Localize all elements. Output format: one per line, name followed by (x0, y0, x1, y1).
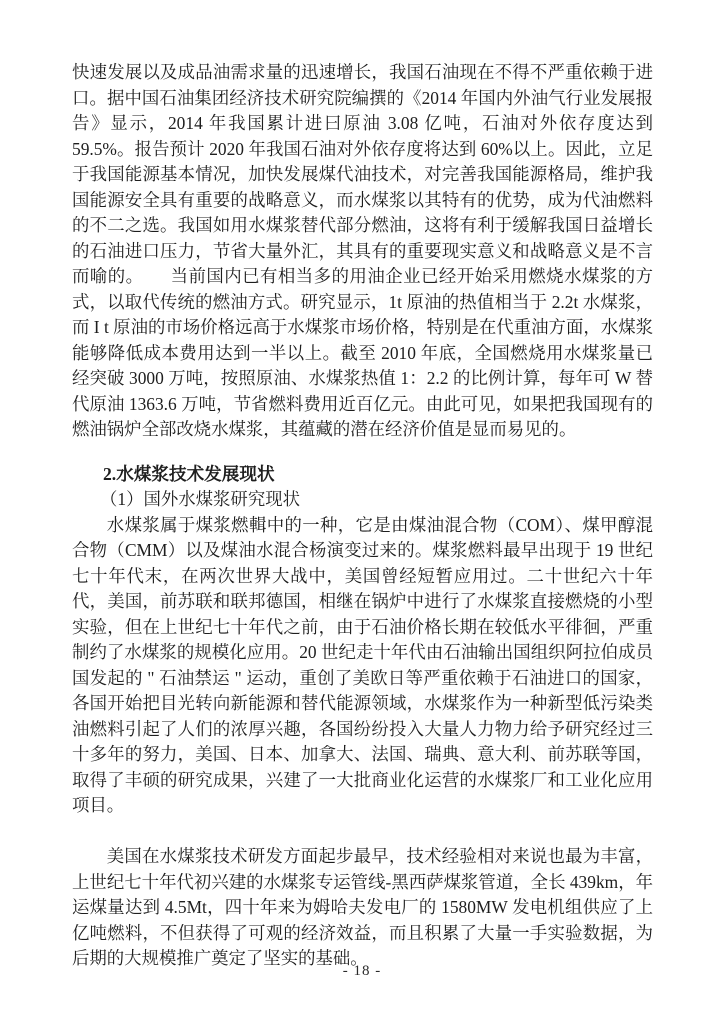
paragraph-cws-history: 水煤浆属于煤浆燃輯中的一种，它是由煤油混合物（COM）、煤甲醇混合物（CMM）以… (72, 513, 653, 819)
document-page: 快速发展以及成品油需求量的迅速增长，我国石油现在不得不严重依赖于进口。据中国石油… (0, 0, 724, 1024)
paragraph-us-pipeline: 美国在水煤浆技术研发方面起步最早，技术经验相对来说也最为丰富，上世纪七十年代初兴… (72, 844, 653, 972)
page-number: - 18 - (343, 963, 382, 979)
page-footer: - 18 - (0, 963, 724, 980)
section-heading-cws-development: 2.水煤浆技术发展现状 (72, 462, 653, 488)
paragraph-oil-dependence: 快速发展以及成品油需求量的迅速增长，我国石油现在不得不严重依赖于进口。据中国石油… (72, 60, 653, 443)
subsection-heading-foreign-research: （1）国外水煤浆研究现状 (72, 487, 653, 513)
page-content: 快速发展以及成品油需求量的迅速增长，我国石油现在不得不严重依赖于进口。据中国石油… (72, 60, 653, 972)
